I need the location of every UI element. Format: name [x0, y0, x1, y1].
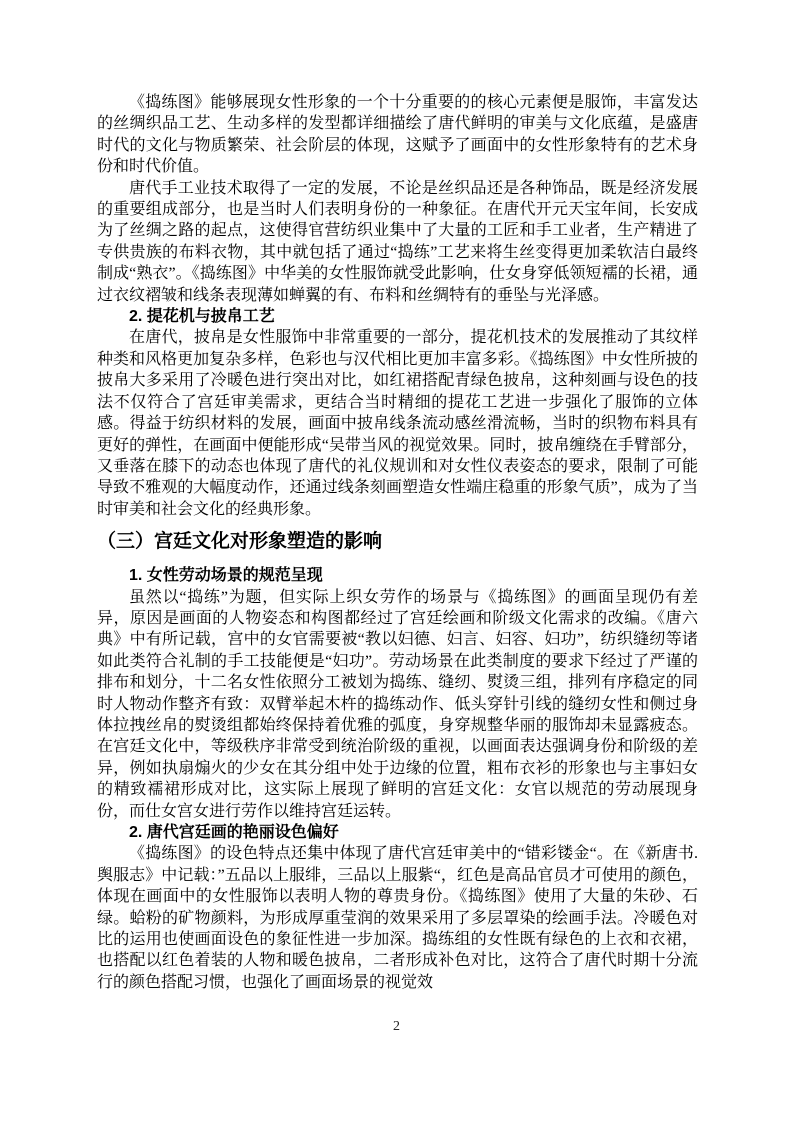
- paragraph: 虽然以“捣练”为题，但实际上织女劳作的场景与《捣练图》的画面呈现仍有差异，原因是…: [97, 587, 698, 822]
- page-number: 2: [0, 1019, 793, 1035]
- paragraph: 唐代手工业技术取得了一定的发展，不论是丝织品还是各种饰品，既是经济发展的重要组成…: [97, 178, 698, 306]
- paragraph: 《捣练图》能够展现女性形象的一个十分重要的的核心元素便是服饰，丰富发达的丝绸织品…: [97, 92, 698, 178]
- document-body: 《捣练图》能够展现女性形象的一个十分重要的的核心元素便是服饰，丰富发达的丝绸织品…: [97, 92, 698, 993]
- section-heading-gongting-wenhua: （三）宫廷文化对形象塑造的影响: [97, 527, 698, 556]
- paragraph: 在唐代，披帛是女性服饰中非常重要的一部分，提花机技术的发展推动了其纹样种类和风格…: [97, 327, 698, 520]
- subheading-tihuaji-pibo: 2. 提花机与披帛工艺: [97, 306, 698, 327]
- subheading-nvxing-laodong: 1. 女性劳动场景的规范呈现: [97, 565, 698, 586]
- document-page: 《捣练图》能够展现女性形象的一个十分重要的的核心元素便是服饰，丰富发达的丝绸织品…: [0, 0, 793, 1122]
- paragraph: 《捣练图》的设色特点还集中体现了唐代宫廷审美中的“错彩镂金“。在《新唐书. 舆服…: [97, 843, 698, 993]
- subheading-yanli-shese: 2. 唐代宫廷画的艳丽设色偏好: [97, 822, 698, 843]
